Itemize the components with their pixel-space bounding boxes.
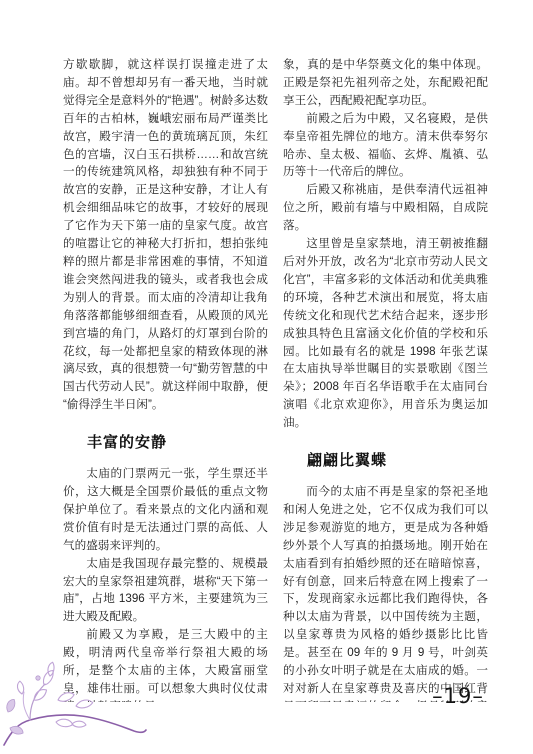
- left-column: 方歇歇脚，就这样误打误撞走进了太庙。却不曾想却另有一番天地，当时就觉得完全是意料…: [63, 56, 268, 702]
- right-column: 象，真的是中华祭奠文化的集中体现。正殿是祭祀先祖列帝之处，东配殿祀配享王公，西配…: [283, 56, 488, 702]
- book-page: 方歇歇脚，就这样误打误撞走进了太庙。却不曾想却另有一番天地，当时就觉得完全是意料…: [0, 0, 533, 754]
- paragraph: 前殿之后为中殿，又名寝殿，是供奉皇帝祖先牌位的地方。清末供奉努尔哈赤、皇太极、福…: [283, 110, 488, 182]
- paragraph: 太庙的门票两元一张，学生票还半价，这大概是全国票价最低的重点文物保护单位了。看来…: [63, 465, 268, 555]
- paragraph-continued: 方歇歇脚，就这样误打误撞走进了太庙。却不曾想却另有一番天地，当时就觉得完全是意料…: [63, 56, 268, 414]
- paragraph: 而今的太庙不再是皇家的祭祀圣地和闲人免进之处，它不仅成为我们可以涉足参观游览的地…: [283, 483, 488, 702]
- paragraph: 太庙是我国现存最完整的、规模最宏大的皇家祭祖建筑群，堪称“天下第一庙”，占地 1…: [63, 555, 268, 627]
- paragraph: 后殿又称祧庙，是供奉清代远祖神位之所，殿前有墙与中殿相隔，自成院落。: [283, 181, 488, 235]
- branch-flourish-decoration: [0, 652, 160, 752]
- paragraph-continued: 象，真的是中华祭奠文化的集中体现。正殿是祭祀先祖列帝之处，东配殿祀配享王公，西配…: [283, 56, 488, 110]
- section-heading-butterflies: 翩翩比翼蝶: [307, 452, 488, 470]
- page-number: –19–: [428, 684, 488, 708]
- paragraph: 这里曾是皇家禁地，清王朝被推翻后对外开放，改名为“北京市劳动人民文化宫”，丰富多…: [283, 235, 488, 432]
- section-heading-rich-quiet: 丰富的安静: [87, 434, 268, 452]
